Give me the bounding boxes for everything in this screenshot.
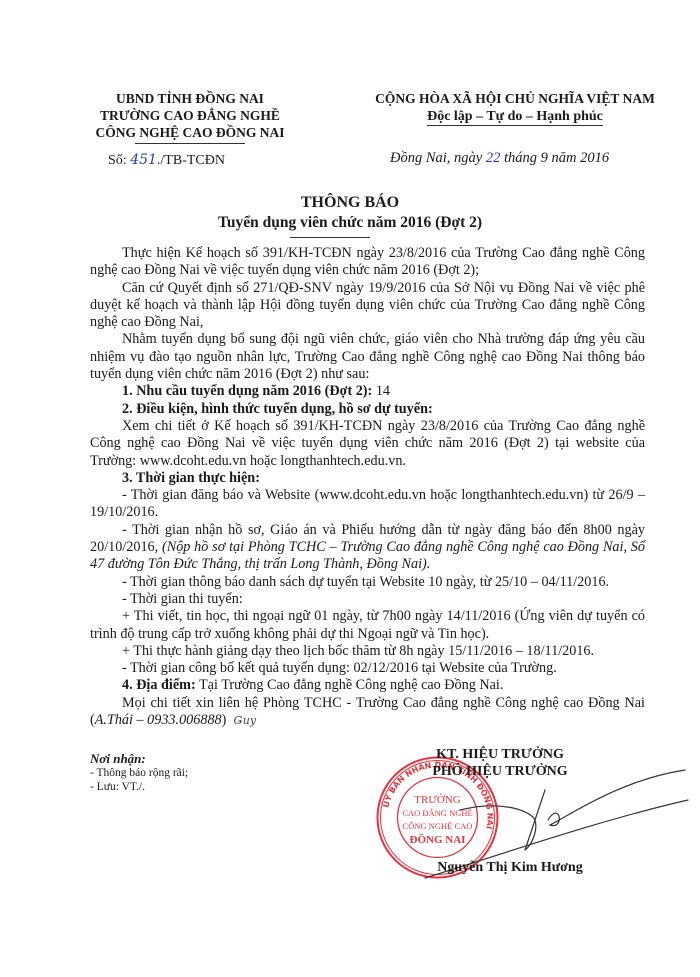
document-date: Đồng Nai, ngày 22 tháng 9 năm 2016 xyxy=(390,150,609,167)
title-divider xyxy=(290,237,370,238)
recipient-item: - Thông báo rộng rãi; xyxy=(90,766,188,780)
section-1-value: 14 xyxy=(372,383,390,399)
document-body: Thực hiện Kế hoạch số 391/KH-TCĐN ngày 2… xyxy=(90,245,645,729)
document-number-suffix: ./TB-TCĐN xyxy=(157,153,225,168)
section-1-heading: 1. Nhu cầu tuyển dụng năm 2016 (Đợt 2): xyxy=(122,383,372,399)
section-1: 1. Nhu cầu tuyển dụng năm 2016 (Đợt 2): … xyxy=(90,383,645,400)
document-number-prefix: Số: xyxy=(108,153,130,168)
section-2-heading: 2. Điều kiện, hình thức tuyển dụng, hồ s… xyxy=(90,401,645,418)
authority-line-1: UBND TỈNH ĐỒNG NAI xyxy=(90,90,290,107)
section-3-candidate-list: - Thời gian thông báo danh sách dự tuyển… xyxy=(90,574,645,591)
signer-name: Nguyễn Thị Kim Hương xyxy=(410,860,610,876)
paragraph-purpose: Nhằm tuyển dụng bổ sung đội ngũ viên chứ… xyxy=(90,331,645,383)
date-suffix: tháng 9 năm 2016 xyxy=(500,150,609,166)
section-4-heading: 4. Địa điểm: xyxy=(122,677,196,693)
national-header: CỘNG HÒA XÃ HỘI CHỦ NGHĨA VIỆT NAM Độc l… xyxy=(340,90,690,126)
document-title: THÔNG BÁO Tuyển dụng viên chức năm 2016 … xyxy=(0,193,700,233)
date-day-handwritten: 22 xyxy=(486,150,501,166)
contact-paragraph: Mọi chi tiết xin liên hệ Phòng TCHC - Tr… xyxy=(90,695,645,730)
authority-underline xyxy=(135,143,245,144)
contact-end: ) xyxy=(222,712,227,728)
contact-person: A.Thái – 0933.006888 xyxy=(95,712,222,728)
recipient-item: - Lưu: VT./. xyxy=(90,780,188,794)
document-number: Số: 451./TB-TCĐN xyxy=(108,152,225,169)
section-4-text: Tại Trường Cao đẳng nghề Công nghệ cao Đ… xyxy=(196,677,504,693)
paragraph-plan-reference: Thực hiện Kế hoạch số 391/KH-TCĐN ngày 2… xyxy=(90,245,645,280)
paragraph-decision-reference: Căn cứ Quyết định số 271/QĐ-SNV ngày 19/… xyxy=(90,280,645,332)
section-2-text: Xem chi tiết ở Kế hoạch số 391/KH-TCĐN n… xyxy=(90,418,645,470)
issuing-authority: UBND TỈNH ĐỒNG NAI TRƯỜNG CAO ĐẲNG NGHỀ … xyxy=(90,90,290,144)
authority-line-2: TRƯỜNG CAO ĐẲNG NGHỀ xyxy=(90,107,290,124)
section-3-application-period: - Thời gian nhận hồ sơ, Giáo án và Phiếu… xyxy=(90,522,645,574)
section-3-written-exam: + Thi viết, tin học, thi ngoại ngữ 01 ng… xyxy=(90,608,645,643)
section-3-results: - Thời gian công bố kết quả tuyển dụng: … xyxy=(90,660,645,677)
application-address: (Nộp hồ sơ tại Phòng TCHC – Trường Cao đ… xyxy=(90,539,645,572)
section-3-exam-time: - Thời gian thi tuyển: xyxy=(90,591,645,608)
country-name: CỘNG HÒA XÃ HỘI CHỦ NGHĨA VIỆT NAM xyxy=(340,90,690,107)
date-prefix: Đồng Nai, ngày xyxy=(390,150,486,166)
title-sub: Tuyển dụng viên chức năm 2016 (Đợt 2) xyxy=(0,213,700,233)
document-number-handwritten: 451 xyxy=(130,152,157,168)
initials-scribble: Ǥuy xyxy=(233,714,256,727)
national-motto: Độc lập – Tự do – Hạnh phúc xyxy=(427,108,603,126)
section-4: 4. Địa điểm: Tại Trường Cao đẳng nghề Cô… xyxy=(90,677,645,694)
title-main: THÔNG BÁO xyxy=(0,193,700,213)
section-3-heading: 3. Thời gian thực hiện: xyxy=(90,470,645,487)
section-3-practical-exam: + Thi thực hành giảng dạy theo lịch bốc … xyxy=(90,643,645,660)
recipients-heading: Nơi nhận: xyxy=(90,752,188,766)
section-3-advertising-period: - Thời gian đăng báo và Website (www.dco… xyxy=(90,487,645,522)
authority-line-3: CÔNG NGHỆ CAO ĐỒNG NAI xyxy=(90,124,290,141)
recipients-block: Nơi nhận: - Thông báo rộng rãi; - Lưu: V… xyxy=(90,752,188,794)
